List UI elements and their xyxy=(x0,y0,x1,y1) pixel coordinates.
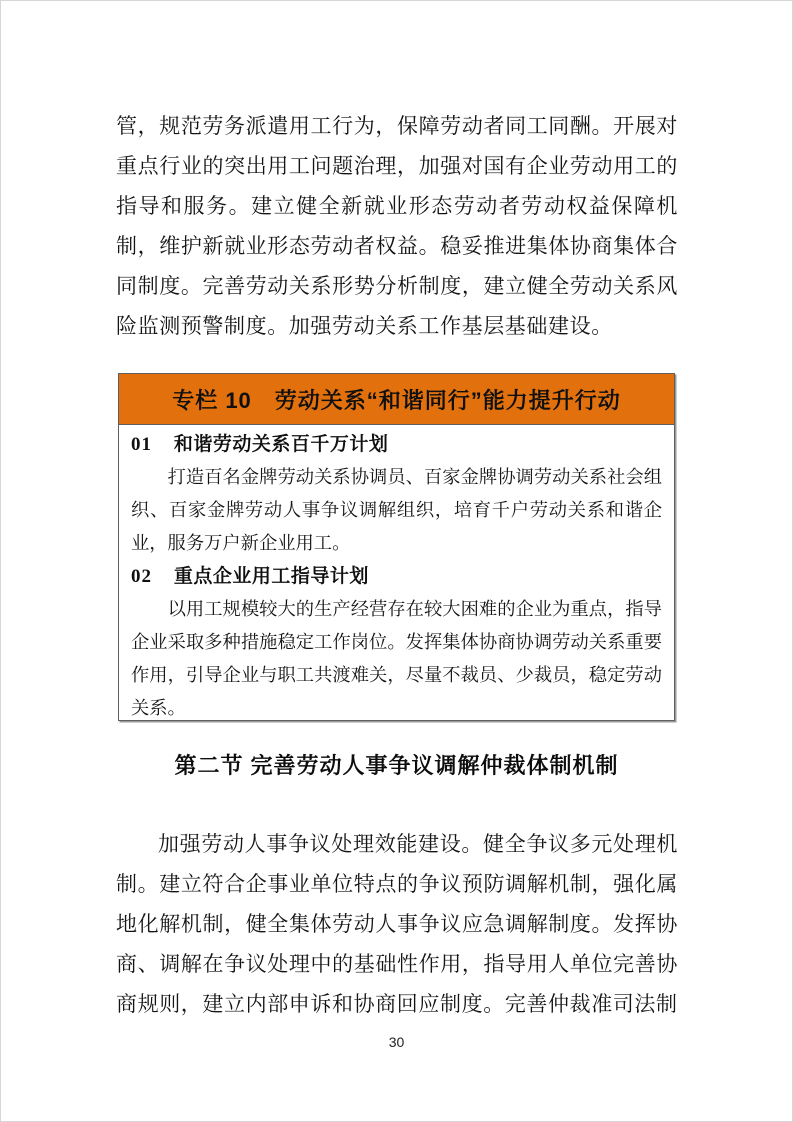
callout-item-2-number: 02 xyxy=(131,566,152,587)
callout-item-2-body: 以用工规模较大的生产经营存在较大困难的企业为重点，指导企业采取多种措施稳定工作岗… xyxy=(131,593,662,725)
callout-box-content: 01 和谐劳动关系百千万计划 打造百名金牌劳动关系协调员、百家金牌协调劳动关系社… xyxy=(119,425,674,725)
callout-box-title: 专栏 10 劳动关系“和谐同行”能力提升行动 xyxy=(119,374,674,425)
callout-item-2-heading: 02 重点企业用工指导计划 xyxy=(131,560,662,593)
callout-item-1-title: 和谐劳动关系百千万计划 xyxy=(174,434,389,455)
callout-box: 专栏 10 劳动关系“和谐同行”能力提升行动 01 和谐劳动关系百千万计划 打造… xyxy=(118,373,675,721)
document-page: 管，规范劳务派遣用工行为，保障劳动者同工同酬。开展对重点行业的突出用工问题治理，… xyxy=(0,0,793,1122)
section-heading: 第二节 完善劳动人事争议调解仲裁体制机制 xyxy=(1,749,792,783)
callout-item-2-title: 重点企业用工指导计划 xyxy=(174,566,369,587)
body-paragraph-top: 管，规范劳务派遣用工行为，保障劳动者同工同酬。开展对重点行业的突出用工问题治理，… xyxy=(116,106,678,346)
page-number: 30 xyxy=(1,1034,792,1050)
callout-item-1-number: 01 xyxy=(131,434,152,455)
callout-item-1-body: 打造百名金牌劳动关系协调员、百家金牌协调劳动关系社会组织、百家金牌劳动人事争议调… xyxy=(131,461,662,560)
callout-item-1-heading: 01 和谐劳动关系百千万计划 xyxy=(131,428,662,461)
body-paragraph-bottom: 加强劳动人事争议处理效能建设。健全争议多元处理机制。建立符合企事业单位特点的争议… xyxy=(116,824,678,1024)
